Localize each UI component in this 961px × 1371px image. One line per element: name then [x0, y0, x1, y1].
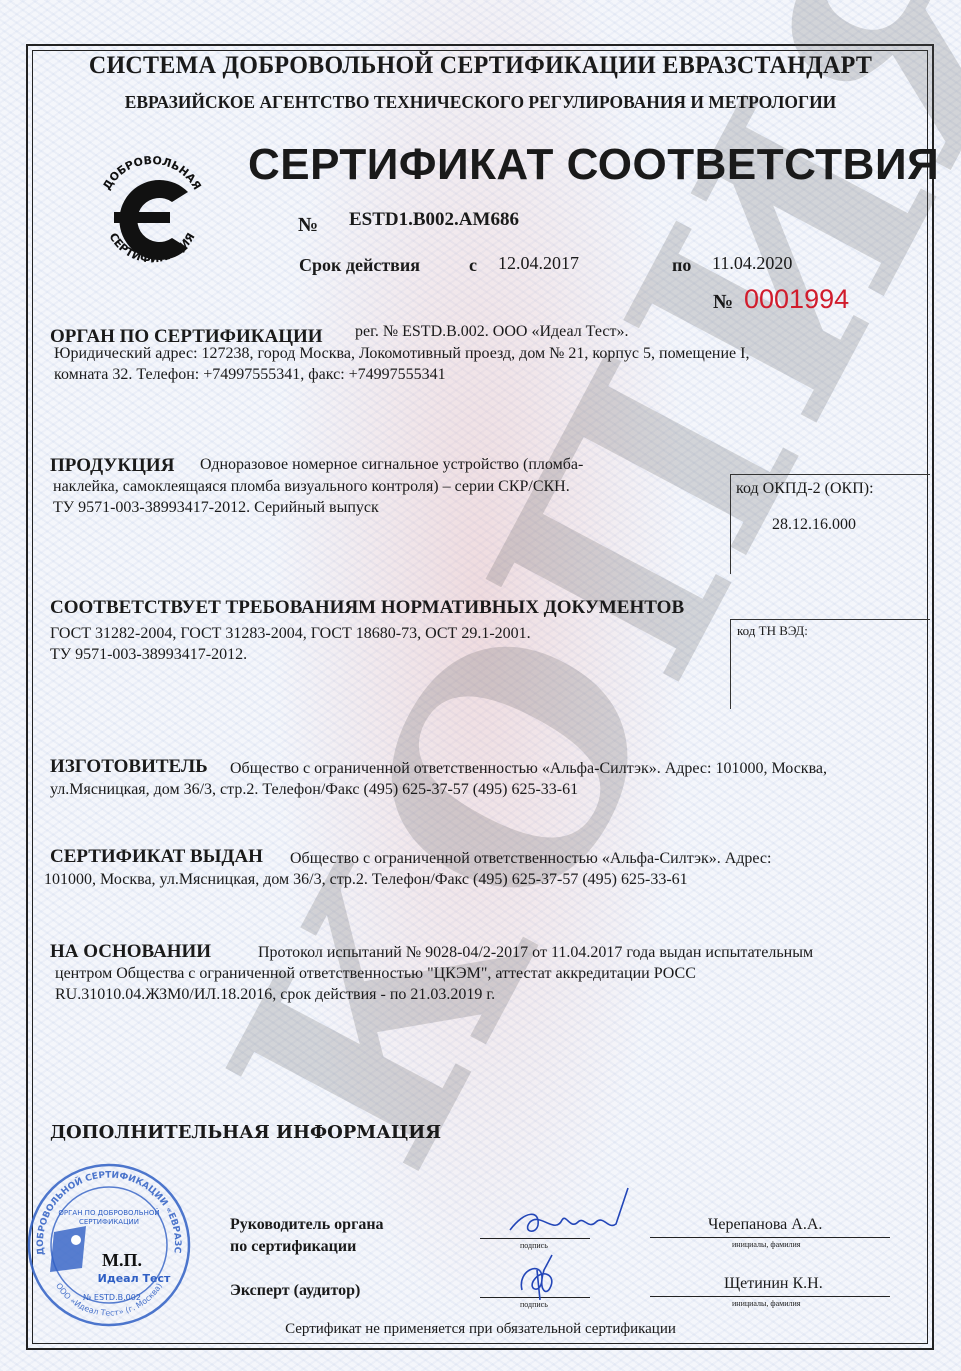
basis-heading: НА ОСНОВАНИИ: [50, 941, 211, 963]
stamp-inner-text-2: СЕРТИФИКАЦИИ: [79, 1218, 139, 1226]
euro-c-certification-logo-icon: ДОБРОВОЛЬНАЯ СЕРТИФИКАЦИЯ: [92, 150, 212, 275]
svg-text:СИСТЕМА ДОБРОВОЛЬНОЙ СЕРТИФИКА: СИСТЕМА ДОБРОВОЛЬНОЙ СЕРТИФИКАЦИИ «ЕВРАЗ…: [24, 1160, 182, 1256]
expert-name: Щетинин К.Н.: [724, 1275, 823, 1293]
agency-title: ЕВРАЗИЙСКОЕ АГЕНТСТВО ТЕХНИЧЕСКОГО РЕГУЛ…: [14, 92, 946, 113]
head-label-line-1: Руководитель органа: [230, 1216, 384, 1234]
product-line-1: Одноразовое номерное сигнальное устройст…: [200, 454, 583, 475]
expert-name-line: [650, 1296, 890, 1297]
compliance-line-1: ГОСТ 31282-2004, ГОСТ 31283-2004, ГОСТ 1…: [50, 623, 531, 644]
stamp-mp-label: М.П.: [102, 1250, 142, 1270]
footer-note: Сертификат не применяется при обязательн…: [0, 1321, 961, 1338]
certificate-number: ESTD1.B002.AM686: [349, 209, 519, 231]
additional-info-heading: ДОПОЛНИТЕЛЬНАЯ ИНФОРМАЦИЯ: [50, 1122, 441, 1143]
manufacturer-line-1: Общество с ограниченной ответственностью…: [230, 758, 827, 779]
manufacturer-line-2: ул.Мясницкая, дом 36/3, стр.2. Телефон/Ф…: [50, 779, 578, 800]
certification-body-reg: рег. № ESTD.B.002. ООО «Идеал Тест».: [355, 321, 628, 342]
tnved-code-label: код ТН ВЭД:: [737, 623, 808, 639]
expert-label: Эксперт (аудитор): [230, 1282, 360, 1300]
blank-number: 0001994: [744, 284, 849, 315]
compliance-line-2: ТУ 9571-003-38993417-2012.: [50, 644, 247, 665]
expert-name-caption: инициалы, фамилия: [732, 1299, 800, 1308]
stamp-outer-text: СИСТЕМА ДОБРОВОЛЬНОЙ СЕРТИФИКАЦИИ «ЕВРАЗ…: [24, 1160, 182, 1256]
validity-from-date: 12.04.2017: [498, 253, 579, 274]
head-name-line: [650, 1237, 890, 1238]
basis-line-1: Протокол испытаний № 9028-04/2-2017 от 1…: [258, 942, 813, 963]
stamp-reg: № ESTD.B.002: [83, 1293, 141, 1302]
stamp-brand: Идеал Тест: [98, 1272, 171, 1285]
product-line-3: ТУ 9571-003-38993417-2012. Серийный выпу…: [53, 497, 379, 518]
certificate-number-label: №: [298, 214, 318, 237]
product-line-2: наклейка, самоклеящаяся пломба визуально…: [53, 476, 570, 497]
validity-from-label: с: [469, 255, 477, 276]
basis-line-2: центром Общества с ограниченной ответств…: [55, 963, 696, 984]
expert-signature-icon: [512, 1250, 572, 1310]
blank-number-label: №: [713, 291, 733, 314]
issued-to-line-2: 101000, Москва, ул.Мясницкая, дом 36/3, …: [44, 869, 688, 890]
validity-to-label: по: [672, 255, 691, 276]
system-title: СИСТЕМА ДОБРОВОЛЬНОЙ СЕРТИФИКАЦИИ ЕВРАЗС…: [19, 52, 942, 80]
stamp-inner-text-1: ОРГАН ПО ДОБРОВОЛЬНОЙ: [58, 1208, 159, 1217]
certification-body-contacts: комната 32. Телефон: +74997555341, факс:…: [54, 364, 446, 385]
okpd-code-value: 28.12.16.000: [772, 516, 856, 534]
head-label-line-2: по сертификации: [230, 1238, 356, 1256]
validity-to-date: 11.04.2020: [712, 253, 792, 274]
head-signature-icon: [500, 1180, 640, 1250]
issued-to-heading: СЕРТИФИКАТ ВЫДАН: [50, 846, 263, 868]
certificate-title: СЕРТИФИКАТ СООТВЕТСТВИЯ: [248, 140, 939, 190]
basis-line-3: RU.31010.04.ЖЗМ0/ИЛ.18.2016, срок действ…: [55, 984, 495, 1005]
certification-body-address: Юридический адрес: 127238, город Москва,…: [54, 343, 749, 364]
okpd-code-label: код ОКПД-2 (ОКП):: [736, 480, 874, 498]
organization-stamp-icon: СИСТЕМА ДОБРОВОЛЬНОЙ СЕРТИФИКАЦИИ «ЕВРАЗ…: [24, 1160, 194, 1330]
issued-to-line-1: Общество с ограниченной ответственностью…: [290, 848, 771, 869]
head-name-caption: инициалы, фамилия: [732, 1240, 800, 1249]
product-heading: ПРОДУКЦИЯ: [50, 455, 174, 477]
validity-label: Срок действия: [299, 255, 420, 276]
compliance-heading: СООТВЕТСТВУЕТ ТРЕБОВАНИЯМ НОРМАТИВНЫХ ДО…: [50, 597, 684, 619]
manufacturer-heading: ИЗГОТОВИТЕЛЬ: [50, 756, 208, 778]
head-name: Черепанова А.А.: [708, 1216, 822, 1234]
